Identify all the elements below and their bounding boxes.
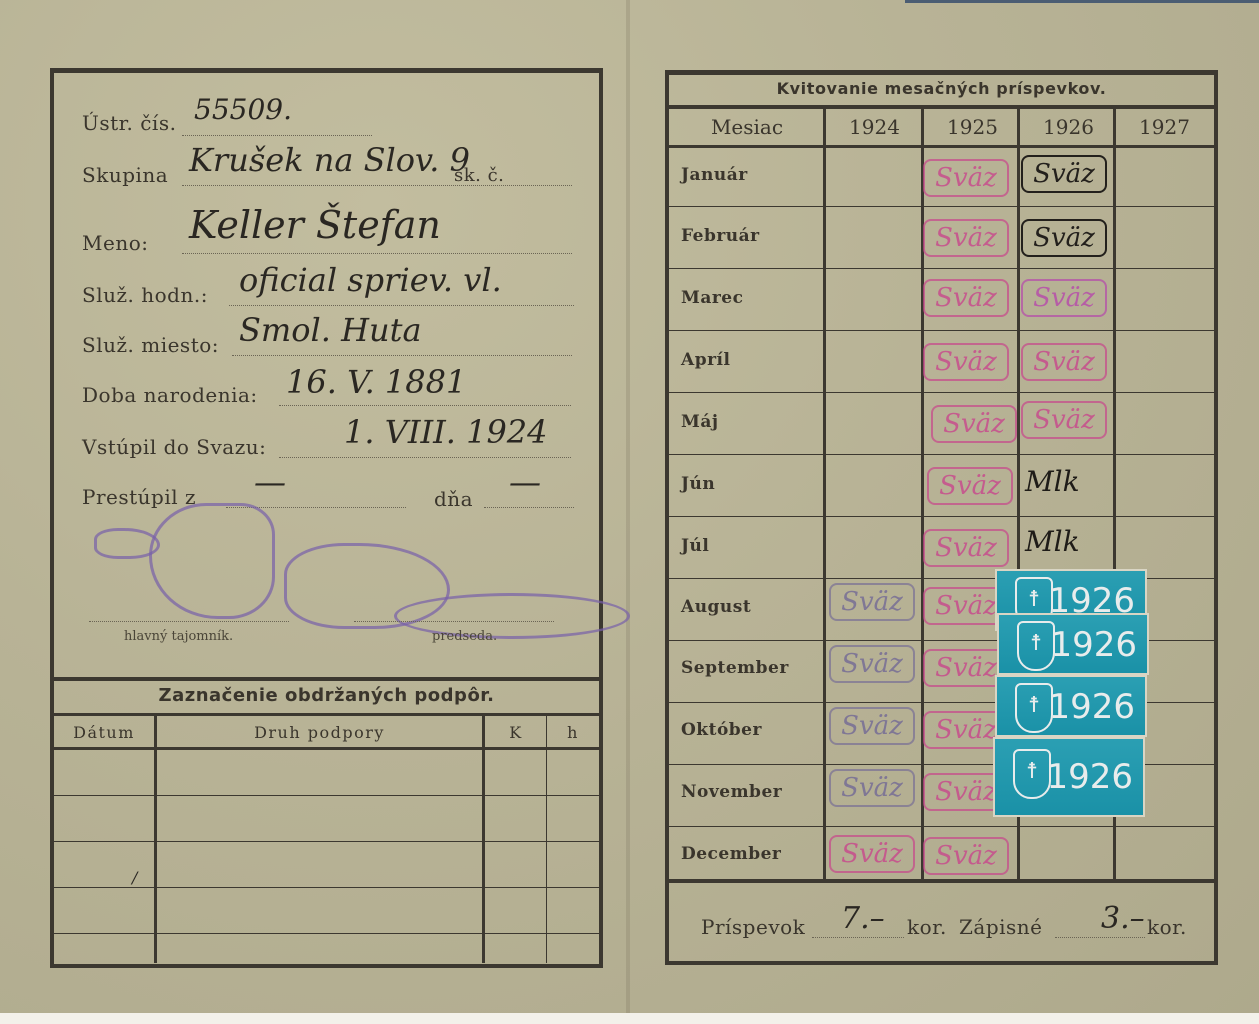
column-month: Mesiac <box>677 115 817 139</box>
currency-label: kor. <box>1147 915 1187 939</box>
dotted-line <box>1055 937 1145 938</box>
field-label-joined-union: Vstúpil do Svazu: <box>82 435 266 459</box>
scan-edge <box>0 1013 1259 1024</box>
stamp-1925-feb: Sväz <box>923 219 1009 257</box>
column-crowns: K <box>486 723 546 742</box>
stamp-1924-oct: Sväz <box>829 707 915 745</box>
header-divider <box>669 145 1214 148</box>
field-label-date: dňa <box>434 487 473 511</box>
signature-line <box>89 621 289 622</box>
column-hellers: h <box>548 723 598 742</box>
table-header-top <box>54 713 599 716</box>
month-may: Máj <box>681 412 718 432</box>
dotted-line <box>229 305 574 306</box>
month-january: Január <box>681 165 748 185</box>
column-1924: 1924 <box>827 115 922 139</box>
field-label-service-place: Služ. miesto: <box>82 333 219 357</box>
month-june: Jún <box>681 474 715 494</box>
table-header-bottom <box>54 747 599 750</box>
field-label-group: Skupina <box>82 163 168 187</box>
column-divider <box>546 713 547 963</box>
month-march: Marec <box>681 288 743 308</box>
field-label-birth-date: Doba narodenia: <box>82 383 258 407</box>
stamp-1924-aug: Sväz <box>829 583 915 621</box>
field-label-service-rank: Služ. hodn.: <box>82 283 208 307</box>
secretary-label: hlavný tajomník. <box>124 629 233 644</box>
cross-emblem-icon: ☨ <box>1015 683 1053 733</box>
row-divider <box>669 330 1214 331</box>
field-label-name: Meno: <box>82 231 148 255</box>
signature-line <box>354 621 554 622</box>
column-date: Dátum <box>54 723 154 742</box>
birth-date-value: 16. V. 1881 <box>286 363 466 401</box>
stamp-1924-dec: Sväz <box>829 835 915 873</box>
table-bottom <box>669 879 1214 883</box>
dotted-line <box>182 253 572 254</box>
ticket-year: 1926 <box>1050 625 1137 665</box>
row-divider <box>669 454 1214 455</box>
field-label-group-number: sk. č. <box>454 165 504 186</box>
stamp-1925-jul: Sväz <box>923 529 1009 567</box>
dotted-line <box>812 937 904 938</box>
stamp-1926-feb: Sväz <box>1021 219 1107 257</box>
stamp-1924-sep: Sväz <box>829 645 915 683</box>
contribution-value: 7.– <box>841 901 885 936</box>
dues-ticket-sep: ☨ 1926 <box>997 613 1149 675</box>
central-number-value: 55509. <box>194 93 292 126</box>
row-divider <box>669 268 1214 269</box>
stamp-1925-apr: Sväz <box>923 343 1009 381</box>
dotted-line <box>182 185 572 186</box>
table-row <box>54 933 599 934</box>
month-september: September <box>681 658 789 678</box>
stamp-1925-mar: Sväz <box>923 279 1009 317</box>
column-divider <box>482 713 485 963</box>
secretary-signature <box>149 503 275 619</box>
section-divider <box>54 677 599 681</box>
month-july: Júl <box>681 536 709 556</box>
transferred-from-value: — <box>254 463 316 501</box>
ticket-year: 1926 <box>1048 687 1135 727</box>
month-november: November <box>681 782 782 802</box>
enrollment-label: Zápisné <box>959 915 1043 939</box>
column-1926: 1926 <box>1021 115 1116 139</box>
dotted-line <box>279 457 571 458</box>
transferred-date-value: — <box>509 463 541 501</box>
dotted-line <box>279 405 571 406</box>
ticket-year: 1926 <box>1046 757 1133 797</box>
field-label-central-number: Ústr. čís. <box>82 111 176 135</box>
month-august: August <box>681 597 751 617</box>
stamp-1925-jun: Sväz <box>927 467 1013 505</box>
cross-emblem-icon: ☨ <box>1013 749 1051 799</box>
edge-strip <box>905 0 1259 3</box>
service-rank-value: oficial spriev. vl. <box>239 261 502 299</box>
row-divider <box>669 392 1214 393</box>
column-1925: 1925 <box>925 115 1020 139</box>
column-divider <box>154 713 157 963</box>
stamp-1926-apr: Sväz <box>1021 343 1107 381</box>
title-divider <box>669 105 1214 109</box>
dotted-line <box>484 507 574 508</box>
row-divider <box>669 826 1214 827</box>
stamp-1926-mar: Sväz <box>1021 279 1107 317</box>
column-support-type: Druh podpory <box>157 723 482 742</box>
table-row <box>54 795 599 796</box>
support-section-title: Zaznačenie obdržaných podpôr. <box>54 685 599 706</box>
service-place-value: Smol. Huta <box>239 311 422 349</box>
member-info-panel: Ústr. čís. 55509. Skupina Krušek na Slov… <box>50 68 603 968</box>
dues-ticket-oct: ☨ 1926 <box>995 675 1147 737</box>
handwritten-initials-jul: Mlk <box>1025 525 1080 558</box>
row-divider <box>669 206 1214 207</box>
dues-ticket-nov: ☨ 1926 <box>993 737 1145 817</box>
stamp-1925-jan: Sväz <box>923 159 1009 197</box>
row-mark: / <box>132 868 137 887</box>
joined-union-value: 1. VIII. 1924 <box>344 413 548 451</box>
stamp-1926-may: Sväz <box>1021 401 1107 439</box>
contributions-title: Kvitovanie mesačných príspevkov. <box>669 79 1214 98</box>
month-february: Február <box>681 226 760 246</box>
enrollment-value: 3.– <box>1101 901 1145 936</box>
contributions-panel: Kvitovanie mesačných príspevkov. Mesiac … <box>665 70 1218 965</box>
dotted-line <box>232 355 572 356</box>
table-row <box>54 887 599 888</box>
dotted-line <box>182 135 372 136</box>
month-october: Október <box>681 720 762 740</box>
chairman-signature-flourish <box>394 593 630 639</box>
stamp-1926-jan: Sväz <box>1021 155 1107 193</box>
stamp-1925-may: Sväz <box>931 405 1017 443</box>
stamp-1924-nov: Sväz <box>829 769 915 807</box>
contribution-label: Príspevok <box>701 915 805 939</box>
month-april: Apríl <box>681 350 730 370</box>
field-label-transferred-from: Prestúpil z <box>82 485 196 509</box>
cross-emblem-icon: ☨ <box>1017 621 1055 671</box>
currency-label: kor. <box>907 915 947 939</box>
chairman-label: predseda. <box>432 629 497 644</box>
name-value: Keller Štefan <box>189 203 441 247</box>
group-value: Krušek na Slov. 9 <box>189 141 470 179</box>
table-row <box>54 841 599 842</box>
column-1927: 1927 <box>1117 115 1212 139</box>
fold-line <box>626 0 630 1024</box>
month-december: December <box>681 844 781 864</box>
row-divider <box>669 516 1214 517</box>
stamp-1925-dec: Sväz <box>923 837 1009 875</box>
handwritten-initials-jun: Mlk <box>1025 465 1080 498</box>
